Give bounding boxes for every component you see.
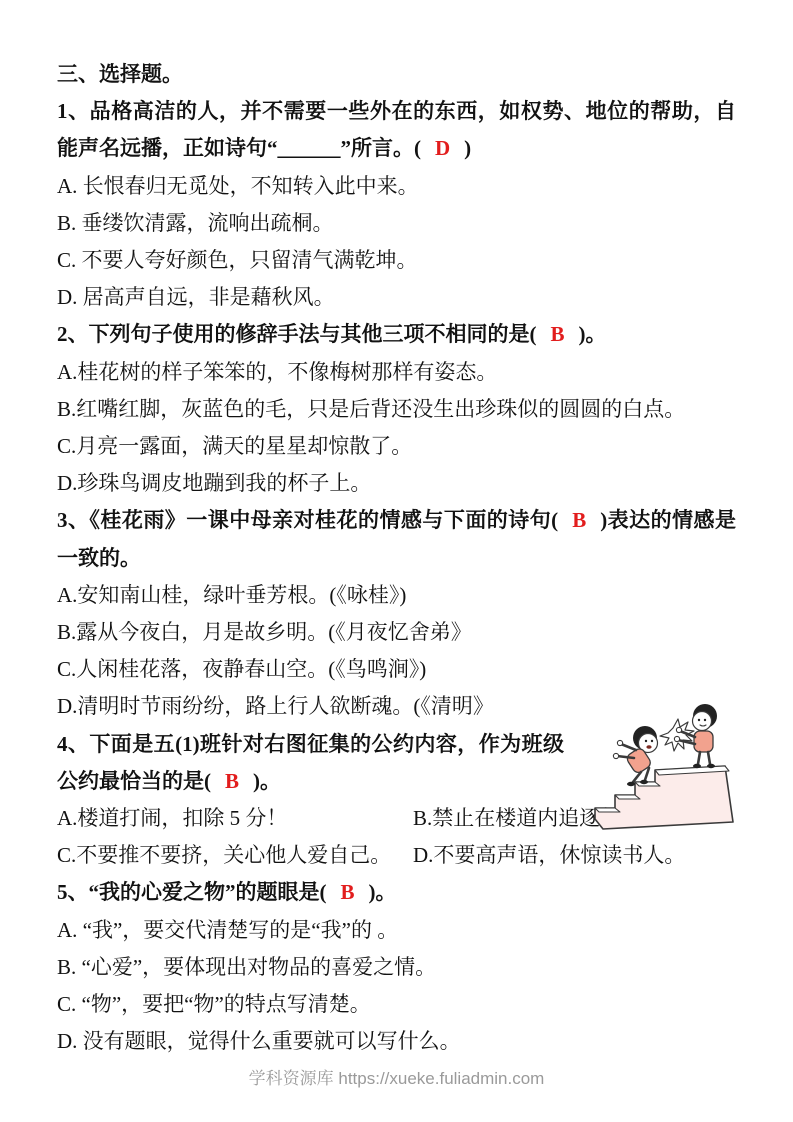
question-3-answer: B xyxy=(558,508,600,532)
question-3-stem: 3、《桂花雨》一课中母亲对桂花的情感与下面的诗句(B)表达的情感是一致的。 xyxy=(57,502,736,576)
question-1-option-a: A. 长恨春归无觅处，不知转入此中来。 xyxy=(57,168,736,205)
question-1-option-b: B. 垂缕饮清露，流响出疏桐。 xyxy=(57,205,736,242)
question-3: 3、《桂花雨》一课中母亲对桂花的情感与下面的诗句(B)表达的情感是一致的。 A.… xyxy=(57,502,736,725)
question-4-option-d: D.不要高声语，休惊读书人。 xyxy=(413,837,736,874)
question-5-stem: 5、“我的心爱之物”的题眼是(B)。 xyxy=(57,874,736,911)
question-2-stem: 2、下列句子使用的修辞手法与其他三项不相同的是(B)。 xyxy=(57,316,736,353)
question-3-stem-before: 3、《桂花雨》一课中母亲对桂花的情感与下面的诗句( xyxy=(57,508,558,532)
question-3-option-c: C.人闲桂花落，夜静春山空。(《鸟鸣涧》) xyxy=(57,651,736,688)
question-1-option-c: C. 不要人夸好颜色，只留清气满乾坤。 xyxy=(57,242,736,279)
question-5-stem-before: 5、“我的心爱之物”的题眼是( xyxy=(57,880,327,904)
question-2: 2、下列句子使用的修辞手法与其他三项不相同的是(B)。 A.桂花树的样子笨笨的，… xyxy=(57,316,736,502)
question-5: 5、“我的心爱之物”的题眼是(B)。 A. “我”，要交代清楚写的是“我”的 。… xyxy=(57,874,736,1060)
question-1-stem-after: ) xyxy=(464,136,471,160)
question-1-stem: 1、品格高洁的人，并不需要一些外在的东西，如权势、地位的帮助，自能声名远播，正如… xyxy=(57,93,736,167)
question-1-stem-before: 1、品格高洁的人，并不需要一些外在的东西，如权势、地位的帮助，自能声名远播，正如… xyxy=(57,99,736,160)
section-title: 三、选择题。 xyxy=(57,56,736,93)
question-2-answer: B xyxy=(537,322,579,346)
question-4-answer: B xyxy=(211,769,253,793)
question-3-option-b: B.露从今夜白，月是故乡明。(《月夜忆舍弟》 xyxy=(57,614,736,651)
question-2-stem-before: 2、下列句子使用的修辞手法与其他三项不相同的是( xyxy=(57,322,537,346)
question-5-stem-after: )。 xyxy=(369,880,397,904)
question-2-option-b: B.红嘴红脚，灰蓝色的毛，只是后背还没生出珍珠似的圆圆的白点。 xyxy=(57,391,736,428)
question-2-option-d: D.珍珠鸟调皮地蹦到我的杯子上。 xyxy=(57,465,736,502)
question-5-option-a: A. “我”，要交代清楚写的是“我”的 。 xyxy=(57,912,736,949)
worksheet-page: 三、选择题。 1、品格高洁的人，并不需要一些外在的东西，如权势、地位的帮助，自能… xyxy=(0,0,793,1122)
question-2-stem-after: )。 xyxy=(579,322,607,346)
question-4-stem-after: )。 xyxy=(253,769,281,793)
kids-pushing-on-stairs-illustration-icon xyxy=(587,698,745,840)
question-5-option-d: D. 没有题眼，觉得什么重要就可以写什么。 xyxy=(57,1023,736,1060)
question-1-answer: D xyxy=(421,136,464,160)
question-5-option-c: C. “物”，要把“物”的特点写清楚。 xyxy=(57,986,736,1023)
question-4-option-c: C.不要推不要挤，关心他人爱自己。 xyxy=(57,837,413,874)
question-5-answer: B xyxy=(327,880,369,904)
question-4-option-a: A.楼道打闹，扣除 5 分！ xyxy=(57,800,413,837)
question-5-option-b: B. “心爱”，要体现出对物品的喜爱之情。 xyxy=(57,949,736,986)
question-4-stem-before: 4、下面是五(1)班针对右图征集的公约内容，作为班级公约最恰当的是( xyxy=(57,732,564,793)
question-1-option-d: D. 居高声自远，非是藉秋风。 xyxy=(57,279,736,316)
footer-watermark: 学科资源库 https://xueke.fuliadmin.com xyxy=(0,1066,793,1092)
question-3-option-a: A.安知南山桂，绿叶垂芳根。(《咏桂》) xyxy=(57,577,736,614)
question-2-option-c: C.月亮一露面，满天的星星却惊散了。 xyxy=(57,428,736,465)
question-1: 1、品格高洁的人，并不需要一些外在的东西，如权势、地位的帮助，自能声名远播，正如… xyxy=(57,93,736,316)
question-2-option-a: A.桂花树的样子笨笨的，不像梅树那样有姿态。 xyxy=(57,354,736,391)
